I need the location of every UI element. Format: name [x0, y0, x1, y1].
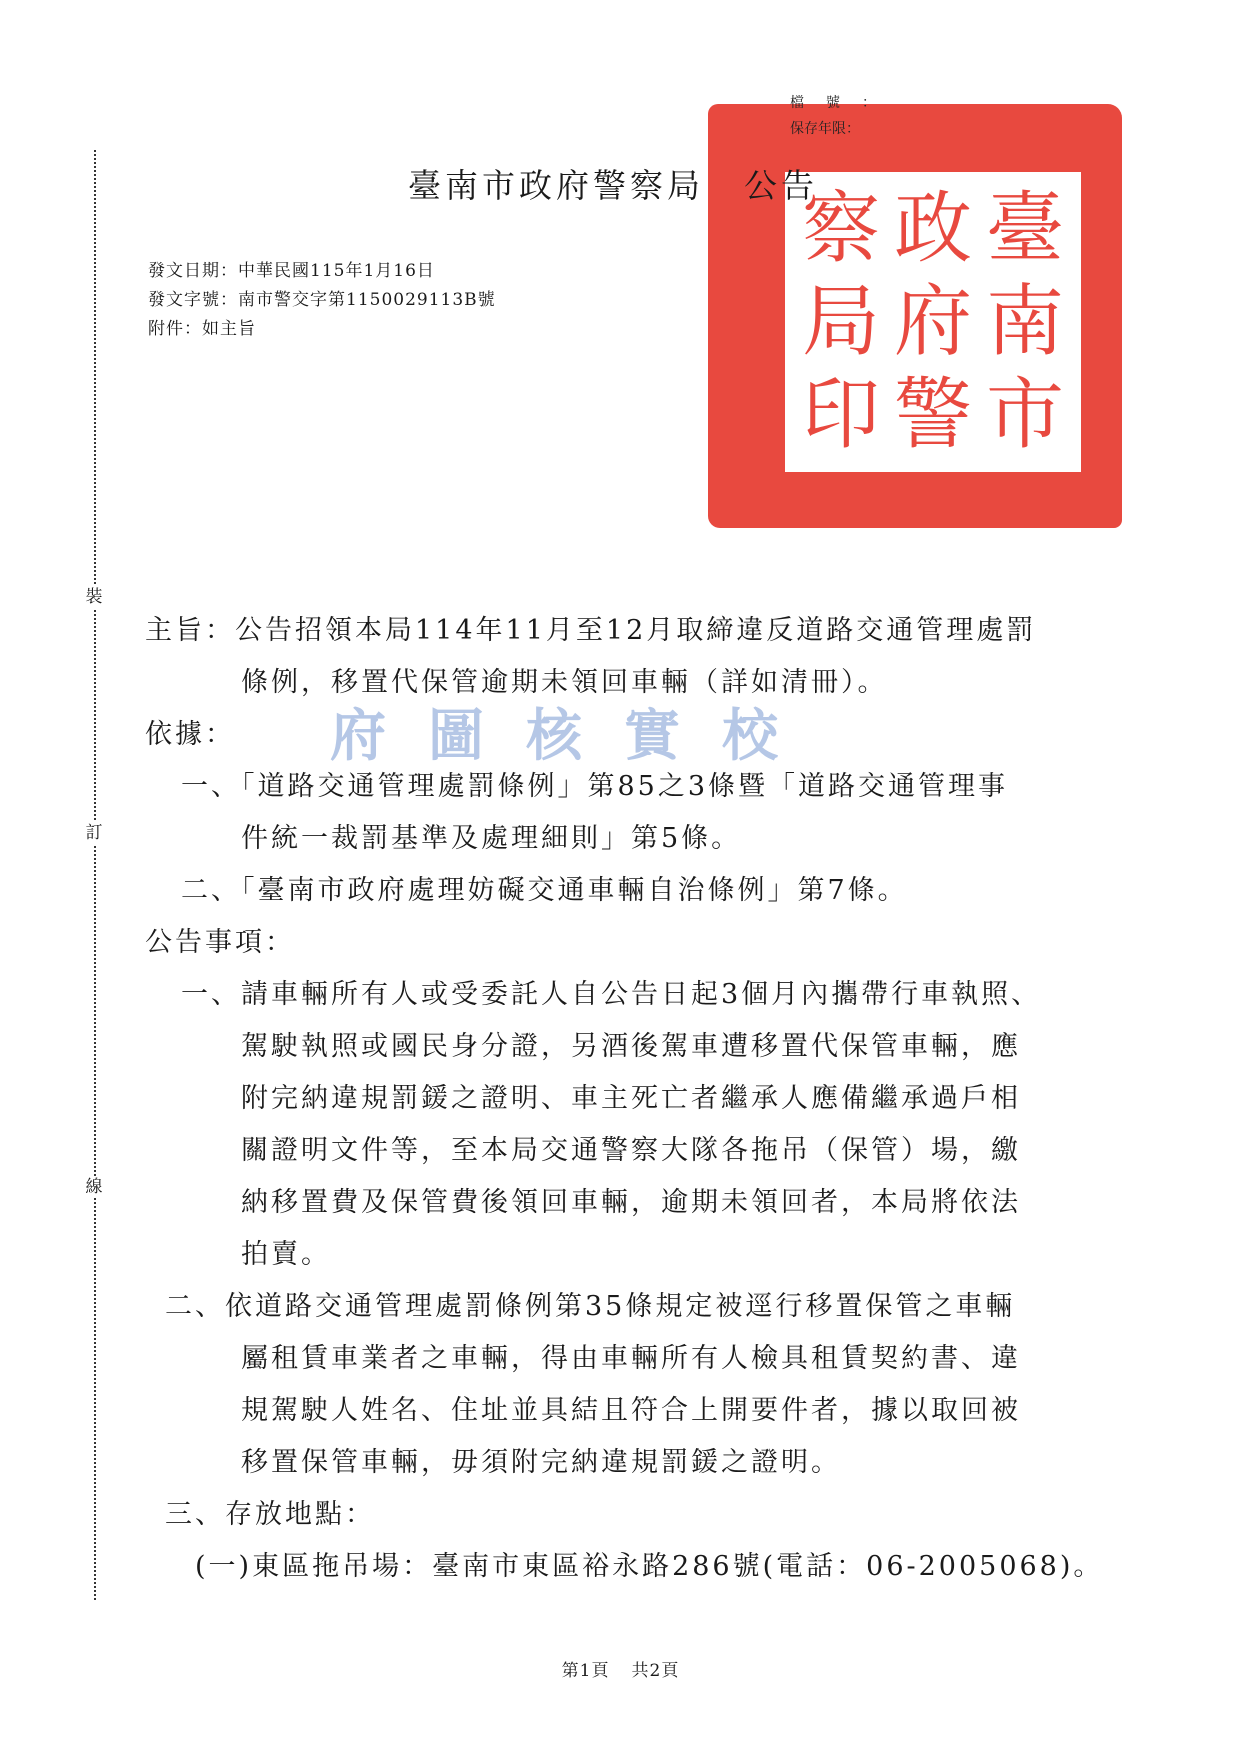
seal-char: 印 [795, 369, 887, 462]
attachment: 附件：如主旨 [148, 315, 496, 344]
basis-item-2: 二、「臺南市政府處理妨礙交通車輛自治條例」第7條。 [145, 865, 1100, 917]
agency-name: 臺南市政府警察局 [408, 166, 704, 205]
document-page: 裝 訂 線 臺 南 市 政 府 警 察 局 印 檔號： 保存年限： 臺南市 [0, 0, 1241, 1754]
binding-dotted-line [94, 150, 96, 1600]
seal-char: 警 [887, 369, 979, 462]
notice-item-2-cont: 移置保管車輛，毋須附完納違規罰鍰之證明。 [145, 1437, 1100, 1489]
notice-item-1-cont: 關證明文件等，至本局交通警察大隊各拖吊（保管）場，繳 [145, 1125, 1100, 1177]
notice-item-1-cont: 納移置費及保管費後領回車輛，逾期未領回者，本局將依法 [145, 1177, 1100, 1229]
document-number: 發文字號：南市警交字第1150029113B號 [148, 286, 496, 315]
seal-char: 政 [887, 182, 979, 275]
file-number-label: 檔號： [790, 90, 898, 116]
file-number-row: 檔號： [790, 90, 898, 116]
notice-item-1-cont: 附完納違規罰鍰之證明、車主死亡者繼承人應備繼承過戶相 [145, 1073, 1100, 1125]
page-current: 第1頁 [562, 1661, 610, 1681]
document-title: 臺南市政府警察局公告 [408, 160, 818, 207]
notice-item-2: 二、依道路交通管理處罰條例第35條規定被逕行移置保管之車輛 [145, 1281, 1100, 1333]
document-type: 公告 [744, 166, 818, 205]
document-meta: 發文日期：中華民國115年1月16日 發文字號：南市警交字第1150029113… [148, 257, 496, 344]
basis-item-1-cont: 件統一裁罰基準及處理細則」第5條。 [145, 813, 1100, 865]
binding-mark-zhuang: 裝 [80, 586, 108, 608]
issue-date: 發文日期：中華民國115年1月16日 [148, 257, 496, 286]
page-footer: 第1頁共2頁 [0, 1656, 1241, 1681]
notice-item-2-cont: 規駕駛人姓名、住址並具結且符合上開要件者，據以取回被 [145, 1385, 1100, 1437]
seal-char: 局 [795, 275, 887, 368]
storage-location-east: (一)東區拖吊場：臺南市東區裕永路286號(電話：06-2005068)。 [145, 1541, 1100, 1593]
binding-mark-xian: 線 [80, 1176, 108, 1198]
notice-item-1-cont: 拍賣。 [145, 1229, 1100, 1281]
basis-item-1: 一、「道路交通管理處罰條例」第85之3條暨「道路交通管理事 [145, 761, 1100, 813]
seal-char: 府 [887, 275, 979, 368]
notice-item-1-cont: 駕駛執照或國民身分證，另酒後駕車遭移置代保管車輛，應 [145, 1021, 1100, 1073]
subject-line-2: 條例，移置代保管逾期未領回車輛（詳如清冊）。 [145, 657, 1100, 709]
notice-heading: 公告事項： [145, 917, 1100, 969]
binding-mark-ding: 訂 [80, 822, 108, 844]
subject-line-1: 主旨：公告招領本局114年11月至12月取締違反道路交通管理處罰 [145, 605, 1100, 657]
retention-row: 保存年限： [790, 116, 898, 142]
filing-box: 檔號： 保存年限： [790, 90, 898, 142]
retention-label: 保存年限： [790, 116, 860, 142]
seal-characters: 臺 南 市 政 府 警 察 局 印 [795, 182, 1071, 462]
seal-inner-field: 臺 南 市 政 府 警 察 局 印 [785, 172, 1081, 472]
basis-heading: 依據： [145, 709, 1100, 761]
document-body: 主旨：公告招領本局114年11月至12月取締違反道路交通管理處罰 條例，移置代保… [145, 605, 1100, 1593]
notice-item-3-heading: 三、存放地點： [145, 1489, 1100, 1541]
notice-item-2-cont: 屬租賃車業者之車輛，得由車輛所有人檢具租賃契約書、違 [145, 1333, 1100, 1385]
notice-item-1: 一、請車輛所有人或受委託人自公告日起3個月內攜帶行車執照、 [145, 969, 1100, 1021]
page-total: 共2頁 [632, 1661, 680, 1681]
seal-char: 市 [979, 369, 1071, 462]
seal-char: 臺 [979, 182, 1071, 275]
seal-char: 南 [979, 275, 1071, 368]
